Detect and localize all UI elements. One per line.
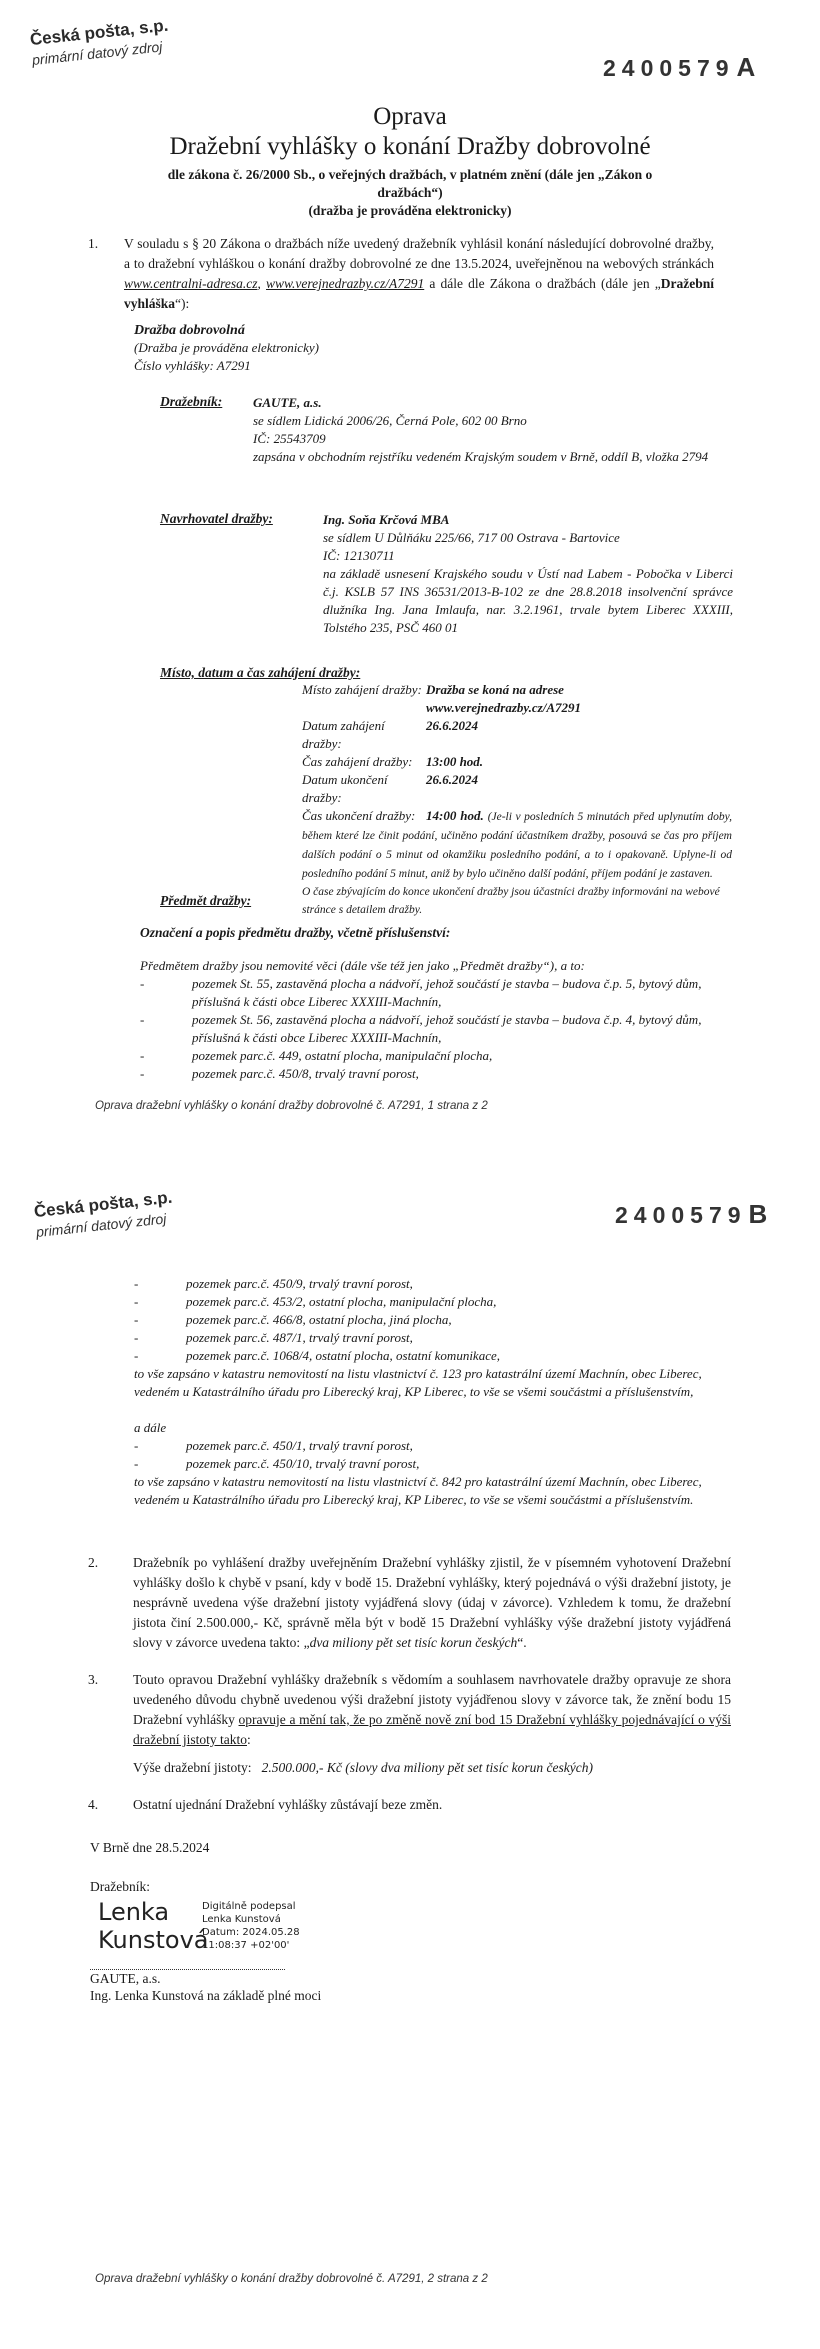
signature-name-1: Lenka [98, 1898, 208, 1926]
auctioneer-id: IČ: 25543709 [253, 430, 723, 448]
auctioneer-label: Dražebník: [160, 394, 222, 410]
signature-name-2: Kunstová [98, 1926, 208, 1954]
item-text: pozemek parc.č. 450/1, trvalý travní por… [186, 1437, 413, 1455]
item-text: pozemek parc.č. 450/10, trvalý travní po… [186, 1455, 419, 1473]
text: “. [517, 1635, 526, 1650]
text: : [247, 1732, 251, 1747]
registry-note-1: to vše zapsáno v katastru nemovitostí na… [134, 1365, 734, 1401]
item-text: pozemek parc.č. 449, ostatní plocha, man… [192, 1047, 492, 1065]
proposer-address: se sídlem U Důlňáku 225/66, 717 00 Ostra… [323, 529, 733, 547]
page-subtitle: Dražební vyhlášky o konání Dražby dobrov… [0, 133, 820, 161]
registry-note-2: to vše zapsáno v katastru nemovitostí na… [134, 1473, 734, 1509]
law-line-2: dražbách“) [100, 184, 720, 202]
point-3-text: Touto opravou Dražební vyhlášky dražební… [133, 1670, 731, 1750]
end-date-key: Datum ukončení dražby: [302, 771, 426, 807]
item-text: pozemek parc.č. 466/8, ostatní plocha, j… [186, 1311, 452, 1329]
list-item: -pozemek parc.č. 449, ostatní plocha, ma… [140, 1047, 730, 1065]
point-2-number: 2. [88, 1555, 98, 1571]
list-item: -pozemek parc.č. 450/1, trvalý travní po… [134, 1437, 734, 1455]
place-date-table: Místo zahájení dražby:Dražba se koná na … [302, 681, 732, 919]
postal-stamp: Česká pošta, s.p. primární datový zdroj [29, 16, 171, 68]
link-verejnedrazby[interactable]: www.verejnedrazby.cz/A7291 [266, 276, 424, 291]
text: V souladu s § 20 Zákona o dražbách níže … [124, 236, 714, 271]
point-1-number: 1. [88, 236, 98, 252]
start-date-key: Datum zahájení dražby: [302, 717, 426, 753]
list-item: -pozemek parc.č. 453/2, ostatní plocha, … [134, 1293, 734, 1311]
signer-block: GAUTE, a.s. Ing. Lenka Kunstová na zákla… [90, 1970, 321, 2004]
start-date-value: 26.6.2024 [426, 717, 478, 753]
list-item: -pozemek parc.č. 450/8, trvalý travní po… [140, 1065, 730, 1083]
deposit-value: 2.500.000,- Kč (slovy dva miliony pět se… [262, 1760, 593, 1775]
amount-in-words: dva miliony pět set tisíc korun českých [310, 1635, 518, 1650]
point-2-text: Dražebník po vyhlášení dražby uveřejnění… [133, 1553, 731, 1653]
text: “): [175, 296, 189, 311]
text: , [258, 276, 267, 291]
document-number-letter: B [749, 1199, 768, 1229]
link-centralni-adresa[interactable]: www.centralni-adresa.cz [124, 276, 258, 291]
auction-heading: Dražba dobrovolná [134, 323, 319, 339]
page-footer-2: Oprava dražební vyhlášky o konání dražby… [95, 2273, 488, 2285]
list-item: -pozemek parc.č. 487/1, trvalý travní po… [134, 1329, 734, 1347]
start-time-key: Čas zahájení dražby: [302, 753, 426, 771]
item-text: pozemek St. 56, zastavěná plocha a nádvo… [192, 1011, 730, 1047]
law-line-3: (dražba je prováděna elektronicky) [100, 202, 720, 220]
proposer-details: Ing. Soňa Krčová MBA se sídlem U Důlňáku… [323, 511, 733, 637]
digital-signature: Lenka Kunstová [98, 1898, 208, 1954]
law-reference: dle zákona č. 26/2000 Sb., o veřejných d… [100, 166, 720, 220]
signature-info-line: Digitálně podepsal [202, 1900, 300, 1913]
end-time-value: 14:00 hod. [426, 808, 484, 823]
document-number-letter: A [737, 52, 756, 82]
point-1-text: V souladu s § 20 Zákona o dražbách níže … [124, 234, 714, 314]
auction-block: Dražba dobrovolná (Dražba je prováděna e… [134, 323, 319, 375]
proposer-id: IČ: 12130711 [323, 547, 733, 565]
list-item: -pozemek St. 55, zastavěná plocha a nádv… [140, 975, 730, 1011]
end-time-key: Čas ukončení dražby: [302, 807, 426, 825]
deposit-line: Výše dražební jistoty: 2.500.000,- Kč (s… [133, 1758, 593, 1778]
document-number-digits: 2400579 [603, 55, 735, 81]
list-item: -pozemek St. 56, zastavěná plocha a nádv… [140, 1011, 730, 1047]
subject-list: Předmětem dražby jsou nemovité věci (dál… [140, 957, 730, 1083]
signature-info-line: Datum: 2024.05.28 [202, 1926, 300, 1939]
list-item: -pozemek parc.č. 466/8, ostatní plocha, … [134, 1311, 734, 1329]
start-time-value: 13:00 hod. [426, 753, 483, 771]
signer-company: GAUTE, a.s. [90, 1970, 321, 1987]
proposer-court-decision: na základě usnesení Krajského soudu v Ús… [323, 565, 733, 637]
auctioneer-address: se sídlem Lidická 2006/26, Černá Pole, 6… [253, 412, 723, 430]
postal-stamp-2: Česká pošta, s.p. primární datový zdroj [33, 1188, 175, 1240]
item-text: pozemek parc.č. 453/2, ostatní plocha, m… [186, 1293, 496, 1311]
signer-label: Dražebník: [90, 1877, 150, 1897]
item-text: pozemek St. 55, zastavěná plocha a nádvo… [192, 975, 730, 1011]
list-item: -pozemek parc.č. 450/10, trvalý travní p… [134, 1455, 734, 1473]
document-number-2: 2400579B [615, 1199, 767, 1230]
point-4-number: 4. [88, 1797, 98, 1813]
auction-note: (Dražba je prováděna elektronicky) [134, 339, 319, 357]
page-title: Oprava [0, 103, 820, 131]
item-text: pozemek parc.č. 1068/4, ostatní plocha, … [186, 1347, 500, 1365]
item-text: pozemek parc.č. 487/1, trvalý travní por… [186, 1329, 413, 1347]
signature-info-line: 11:08:37 +02'00' [202, 1939, 300, 1952]
end-time-row: Čas ukončení dražby:14:00 hod. (Je-li v … [302, 807, 732, 883]
deposit-label: Výše dražební jistoty: [133, 1760, 251, 1775]
signer-role: Ing. Lenka Kunstová na základě plné moci [90, 1987, 321, 2004]
text: a dále dle Zákona o dražbách (dále jen „ [424, 276, 661, 291]
auctioneer-details: GAUTE, a.s. se sídlem Lidická 2006/26, Č… [253, 394, 723, 466]
document-number-digits: 2400579 [615, 1202, 747, 1228]
document-number: 2400579A [603, 52, 755, 83]
end-date-value: 26.6.2024 [426, 771, 478, 807]
subject-list-continued: -pozemek parc.č. 450/9, trvalý travní po… [134, 1275, 734, 1509]
list-item: -pozemek parc.č. 1068/4, ostatní plocha,… [134, 1347, 734, 1365]
law-line-1: dle zákona č. 26/2000 Sb., o veřejných d… [100, 166, 720, 184]
auctioneer-registry: zapsána v obchodním rejstříku vedeném Kr… [253, 448, 723, 466]
and-more: a dále [134, 1419, 734, 1437]
subject-intro: Předmětem dražby jsou nemovité věci (dál… [140, 957, 730, 975]
place-date: V Brně dne 28.5.2024 [90, 1838, 209, 1858]
item-text: pozemek parc.č. 450/9, trvalý travní por… [186, 1275, 413, 1293]
item-text: pozemek parc.č. 450/8, trvalý travní por… [192, 1065, 419, 1083]
signature-info-line: Lenka Kunstová [202, 1913, 300, 1926]
proposer-label: Navrhovatel dražby: [160, 511, 273, 527]
subject-heading: Označení a popis předmětu dražby, včetně… [140, 925, 450, 941]
point-4-text: Ostatní ujednání Dražební vyhlášky zůstá… [133, 1795, 442, 1815]
auction-number: Číslo vyhlášky: A7291 [134, 357, 319, 375]
signature-info: Digitálně podepsal Lenka Kunstová Datum:… [202, 1900, 300, 1952]
start-place-value: Dražba se koná na adrese www.verejnedraz… [426, 681, 596, 717]
point-3-number: 3. [88, 1672, 98, 1688]
subject-label: Předmět dražby: [160, 893, 251, 909]
auctioneer-name: GAUTE, a.s. [253, 394, 723, 412]
start-place-key: Místo zahájení dražby: [302, 681, 426, 717]
page-footer-1: Oprava dražební vyhlášky o konání dražby… [95, 1100, 488, 1112]
place-date-label: Místo, datum a čas zahájení dražby: [160, 665, 360, 681]
proposer-name: Ing. Soňa Krčová MBA [323, 511, 733, 529]
list-item: -pozemek parc.č. 450/9, trvalý travní po… [134, 1275, 734, 1293]
remaining-time-note: O čase zbývajícím do konce ukončení draž… [302, 883, 732, 919]
